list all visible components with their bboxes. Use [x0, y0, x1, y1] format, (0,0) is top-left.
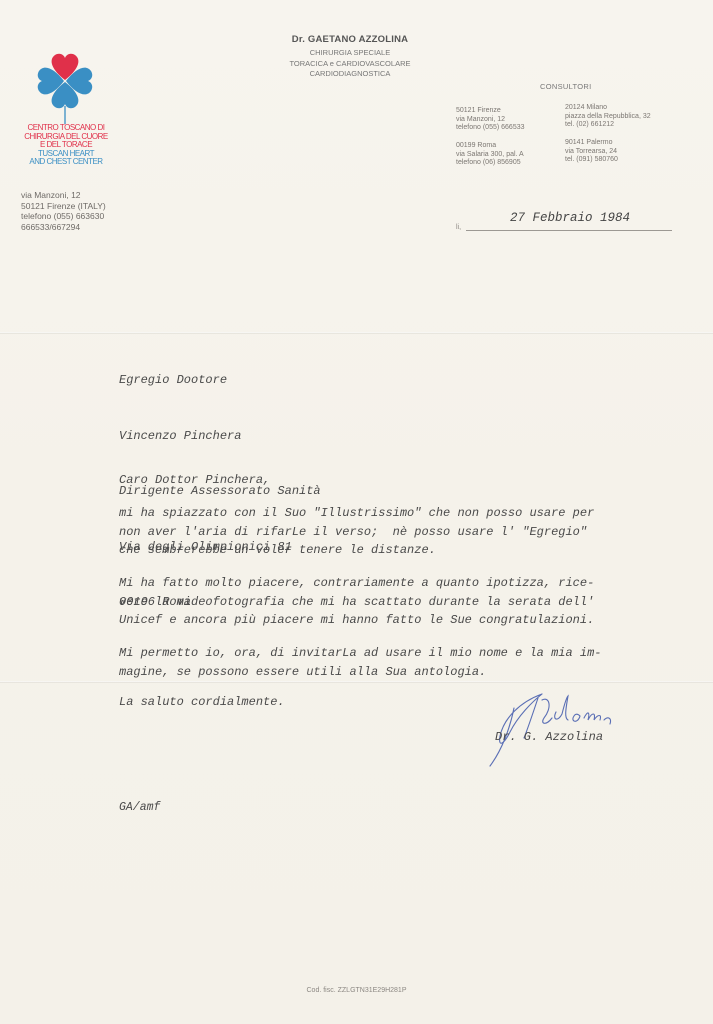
letterhead-header: Dr. GAETANO AZZOLINA CHIRURGIA SPECIALE …	[265, 34, 435, 80]
specialty-line: CARDIODIAGNOSTICA	[265, 69, 435, 80]
four-heart-clover-logo-icon	[30, 44, 100, 124]
consultorio-line: tel. (02) 661212	[565, 121, 651, 130]
address-line: 50121 Firenze (ITALY)	[21, 201, 106, 212]
paper-fold-line	[0, 681, 713, 683]
logo-caption: CENTRO TOSCANO DI CHIRURGIA DEL CUORE E …	[20, 124, 112, 167]
consultori-title: CONSULTORI	[540, 82, 591, 91]
consultorio-line: 00199 Roma	[456, 142, 524, 151]
consultorio-line: tel. (091) 580760	[565, 156, 618, 165]
consultorio-line: piazza della Repubblica, 32	[565, 113, 651, 122]
specialty-line: CHIRURGIA SPECIALE	[265, 48, 435, 59]
handwritten-signature-icon	[480, 688, 640, 770]
reference-initials: GA/amf	[119, 801, 160, 814]
consultorio-line: telefono (055) 666533	[456, 124, 525, 133]
fiscal-code: Cod. fisc. ZZLGTN31E29H281P	[0, 987, 713, 994]
recipient-line: Vincenzo Pinchera	[119, 427, 321, 446]
letterhead-address: via Manzoni, 12 50121 Firenze (ITALY) te…	[21, 190, 106, 232]
address-line: telefono (055) 663630	[21, 211, 106, 222]
date-prefix: li,	[456, 224, 461, 231]
body-paragraph: mi ha spiazzato con il Suo "Illustrissim…	[119, 504, 594, 560]
recipient-line: Egregio Dootore	[119, 371, 321, 390]
address-line: via Manzoni, 12	[21, 190, 106, 201]
consultorio-milano: 20124 Milano piazza della Repubblica, 32…	[565, 104, 651, 130]
signer-name: Dr. G. Azzolina	[495, 730, 603, 744]
doctor-name: Dr. GAETANO AZZOLINA	[265, 34, 435, 45]
closing: La saluto cordialmente.	[119, 695, 285, 709]
letter-date: 27 Febbraio 1984	[510, 211, 630, 225]
letter-page: CENTRO TOSCANO DI CHIRURGIA DEL CUORE E …	[0, 0, 713, 1024]
consultorio-line: via Manzoni, 12	[456, 116, 525, 125]
consultorio-line: telefono (06) 856905	[456, 159, 524, 168]
body-paragraph: Mi ha fatto molto piacere, contrariament…	[119, 574, 594, 630]
consultorio-line: 50121 Firenze	[456, 107, 525, 116]
consultorio-line: 90141 Palermo	[565, 139, 618, 148]
date-rule	[466, 230, 672, 231]
address-line: 666533/667294	[21, 222, 106, 233]
consultorio-firenze: 50121 Firenze via Manzoni, 12 telefono (…	[456, 107, 525, 133]
consultorio-line: via Torrearsa, 24	[565, 148, 618, 157]
logo-line: AND CHEST CENTER	[20, 158, 112, 167]
specialty-line: TORACICA e CARDIOVASCOLARE	[265, 59, 435, 70]
consultorio-line: 20124 Milano	[565, 104, 651, 113]
consultorio-palermo: 90141 Palermo via Torrearsa, 24 tel. (09…	[565, 139, 618, 165]
consultorio-roma: 00199 Roma via Salaria 300, pal. A telef…	[456, 142, 524, 168]
salutation: Caro Dottor Pinchera,	[119, 473, 270, 487]
consultorio-line: via Salaria 300, pal. A	[456, 151, 524, 160]
body-paragraph: Mi permetto io, ora, di invitarLa ad usa…	[119, 644, 601, 681]
paper-fold-line	[0, 332, 713, 334]
